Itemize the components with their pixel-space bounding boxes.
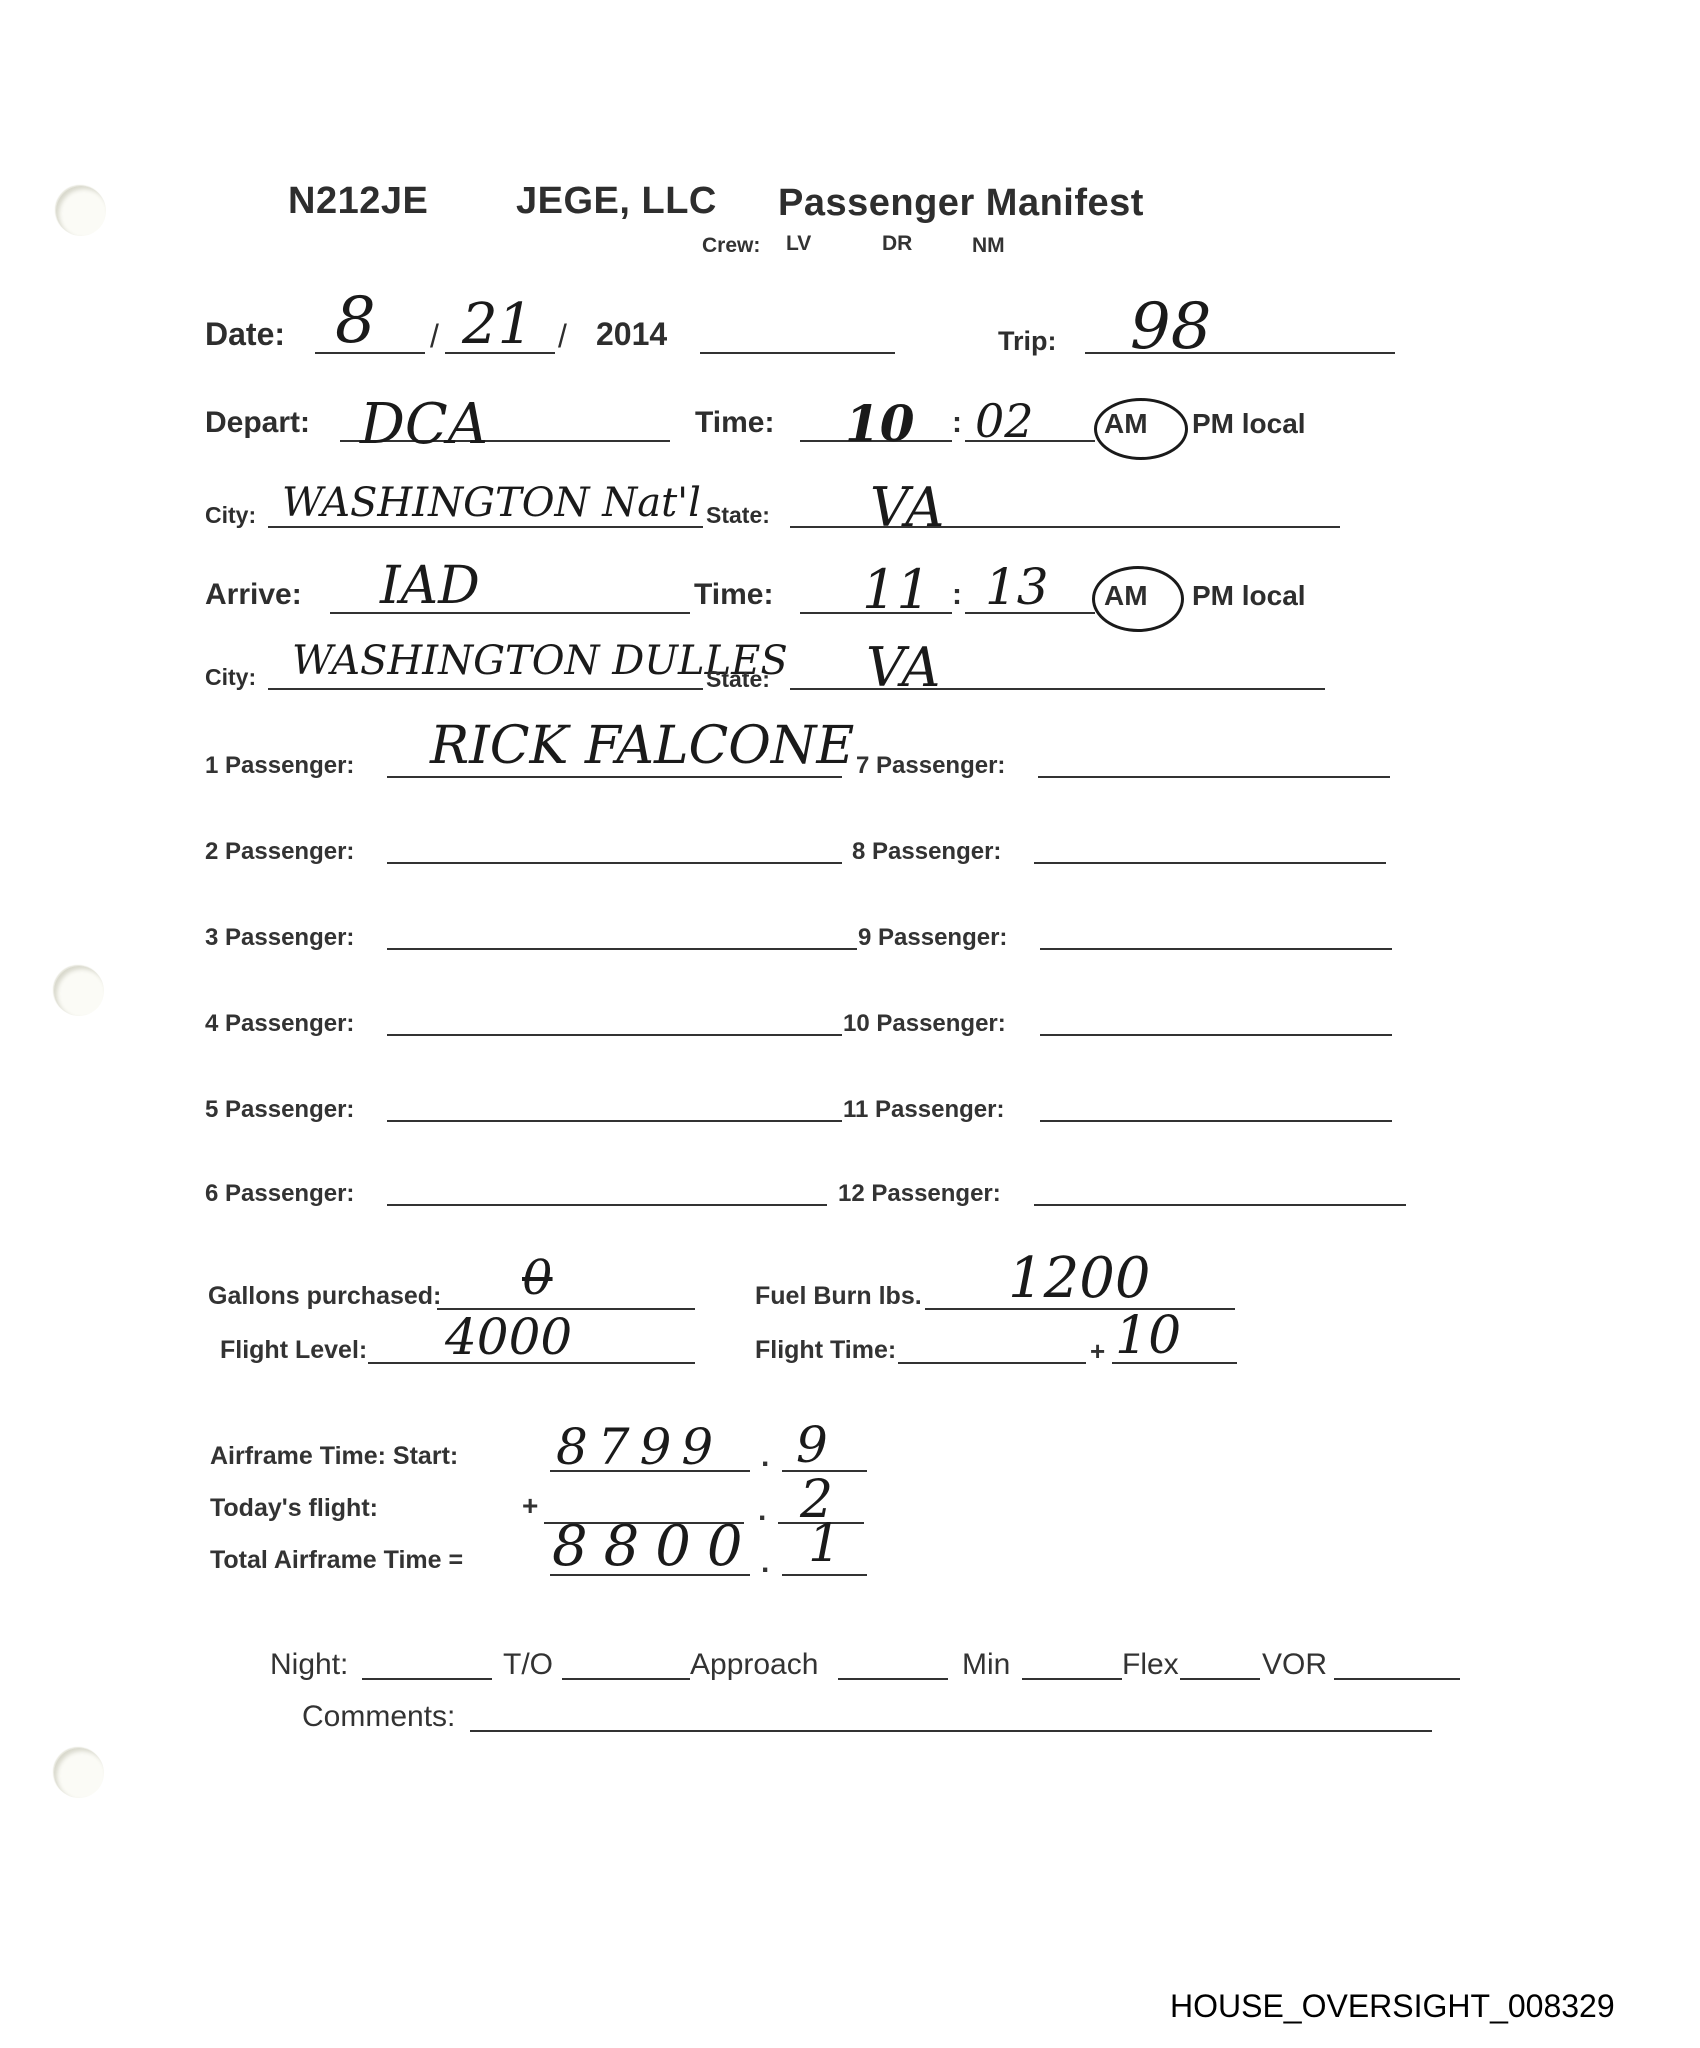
passenger-name-field[interactable] (1034, 1204, 1406, 1206)
min-label: Min (962, 1648, 1010, 1682)
passenger-label: 9 Passenger: (858, 924, 1007, 952)
passenger-line (387, 776, 842, 778)
decimal-point: . (758, 1494, 766, 1528)
arrive-airport-field[interactable]: IAD (380, 556, 480, 616)
company-name: JEGE, LLC (516, 180, 717, 223)
date-year: 2014 (596, 316, 667, 353)
total-airframe-label: Total Airframe Time = (210, 1546, 463, 1575)
depart-state-label: State: (706, 502, 770, 529)
total-airframe-whole-field[interactable]: 8800 (552, 1514, 759, 1579)
flight-level-label: Flight Level: (220, 1336, 367, 1365)
approach-field[interactable] (838, 1678, 948, 1680)
flight-time-plus: + (1090, 1336, 1105, 1367)
date-separator: / (558, 318, 567, 355)
flight-level-field[interactable]: 4000 (445, 1308, 572, 1366)
tail-number: N212JE (288, 180, 428, 223)
depart-city-line (268, 526, 703, 528)
flex-label: Flex (1122, 1648, 1179, 1682)
passenger-name-field[interactable] (387, 1034, 842, 1036)
passenger-name-field[interactable]: RICK FALCONE (430, 716, 854, 776)
takeoff-field[interactable] (562, 1678, 690, 1680)
arrive-state-label: State: (706, 666, 770, 693)
arrive-time-label: Time: (694, 578, 773, 612)
passenger-label: 12 Passenger: (838, 1180, 1001, 1208)
arrive-city-line (268, 688, 703, 690)
decimal-point: . (761, 1440, 769, 1474)
airframe-start-tenths-field[interactable]: 9 (796, 1416, 828, 1474)
crew-member: DR (882, 232, 912, 256)
night-label: Night: (270, 1648, 348, 1682)
flight-time-minutes-field[interactable]: 10 (1115, 1306, 1181, 1366)
passenger-label: 4 Passenger: (205, 1010, 354, 1038)
arrive-minute-field[interactable]: 13 (985, 558, 1049, 616)
passenger-label: 5 Passenger: (205, 1096, 354, 1124)
passenger-name-field[interactable] (387, 948, 857, 950)
passenger-name-field[interactable] (387, 1204, 827, 1206)
date-extra-line (700, 352, 895, 354)
passenger-name-field[interactable] (387, 862, 842, 864)
crew-member: NM (972, 234, 1005, 258)
date-month-field[interactable]: 8 (335, 284, 376, 358)
passenger-name-field[interactable] (1040, 1120, 1392, 1122)
depart-hour-field[interactable]: 10 (845, 394, 915, 453)
depart-city-field[interactable]: WASHINGTON Nat'l (282, 480, 701, 526)
depart-am-option[interactable]: AM (1104, 408, 1148, 440)
depart-label: Depart: (205, 406, 310, 440)
passenger-name-field[interactable] (387, 1120, 842, 1122)
flight-time-label: Flight Time: (755, 1336, 896, 1365)
passenger-label: 11 Passenger: (843, 1096, 1004, 1124)
passenger-name-field[interactable] (1038, 776, 1390, 778)
trip-number-field[interactable]: 98 (1130, 290, 1211, 364)
depart-minute-field[interactable]: 02 (975, 394, 1034, 448)
arrive-city-label: City: (205, 664, 256, 691)
bates-number: HOUSE_OVERSIGHT_008329 (1170, 1988, 1615, 2025)
binder-hole-bottom (54, 1748, 104, 1798)
depart-time-label: Time: (695, 406, 774, 440)
date-separator: / (430, 318, 439, 355)
arrive-pm-local-option[interactable]: PM local (1192, 580, 1306, 612)
passenger-label: 3 Passenger: (205, 924, 354, 952)
depart-state-field[interactable]: VA (870, 476, 944, 539)
passenger-label: 6 Passenger: (205, 1180, 354, 1208)
depart-city-label: City: (205, 502, 256, 529)
date-label: Date: (205, 316, 285, 353)
vor-label: VOR (1262, 1648, 1327, 1682)
trip-label: Trip: (998, 326, 1057, 357)
passenger-label: 8 Passenger: (852, 838, 1001, 866)
airframe-start-label: Airframe Time: Start: (210, 1442, 458, 1471)
gallons-purchased-field[interactable]: 0 (522, 1250, 553, 1306)
flight-time-hours-field[interactable] (898, 1362, 1086, 1364)
fuel-burn-label: Fuel Burn lbs. (755, 1282, 922, 1311)
arrive-hour-field[interactable]: 11 (862, 558, 931, 621)
crew-member: LV (786, 232, 811, 256)
depart-airport-field[interactable]: DCA (360, 392, 488, 457)
depart-pm-local-option[interactable]: PM local (1192, 408, 1306, 440)
min-field[interactable] (1022, 1678, 1122, 1680)
time-colon: : (952, 578, 962, 612)
binder-hole-middle (54, 966, 104, 1016)
date-day-field[interactable]: 21 (462, 292, 533, 357)
gallons-purchased-label: Gallons purchased: (208, 1282, 441, 1311)
arrive-state-field[interactable]: VA (866, 636, 940, 699)
comments-field[interactable] (470, 1730, 1432, 1732)
binder-hole-top (56, 186, 106, 236)
fuel-burn-field[interactable]: 1200 (1008, 1246, 1151, 1311)
approach-label: Approach (690, 1648, 818, 1682)
arrive-label: Arrive: (205, 578, 302, 612)
takeoff-label: T/O (503, 1648, 553, 1682)
todays-flight-plus: + (522, 1490, 538, 1522)
passenger-name-field[interactable] (1034, 862, 1386, 864)
arrive-am-option[interactable]: AM (1104, 580, 1148, 612)
passenger-label: 2 Passenger: (205, 838, 354, 866)
total-airframe-tenths-field[interactable]: 1 (808, 1514, 841, 1574)
crew-label: Crew: (702, 234, 760, 258)
passenger-name-field[interactable] (1040, 1034, 1392, 1036)
night-field[interactable] (362, 1678, 492, 1680)
passenger-label: 10 Passenger: (843, 1010, 1006, 1038)
vor-field[interactable] (1334, 1678, 1460, 1680)
airframe-start-whole-field[interactable]: 8799 (556, 1418, 723, 1476)
time-colon: : (952, 406, 962, 440)
decimal-point: . (761, 1546, 769, 1580)
form-title: Passenger Manifest (778, 182, 1144, 225)
passenger-label: 1 Passenger: (205, 752, 354, 780)
total-airframe-tenths-line (782, 1574, 867, 1576)
comments-label: Comments: (302, 1700, 455, 1734)
todays-flight-label: Today's flight: (210, 1494, 378, 1523)
passenger-label: 7 Passenger: (856, 752, 1005, 780)
flex-field[interactable] (1180, 1678, 1260, 1680)
passenger-name-field[interactable] (1040, 948, 1392, 950)
